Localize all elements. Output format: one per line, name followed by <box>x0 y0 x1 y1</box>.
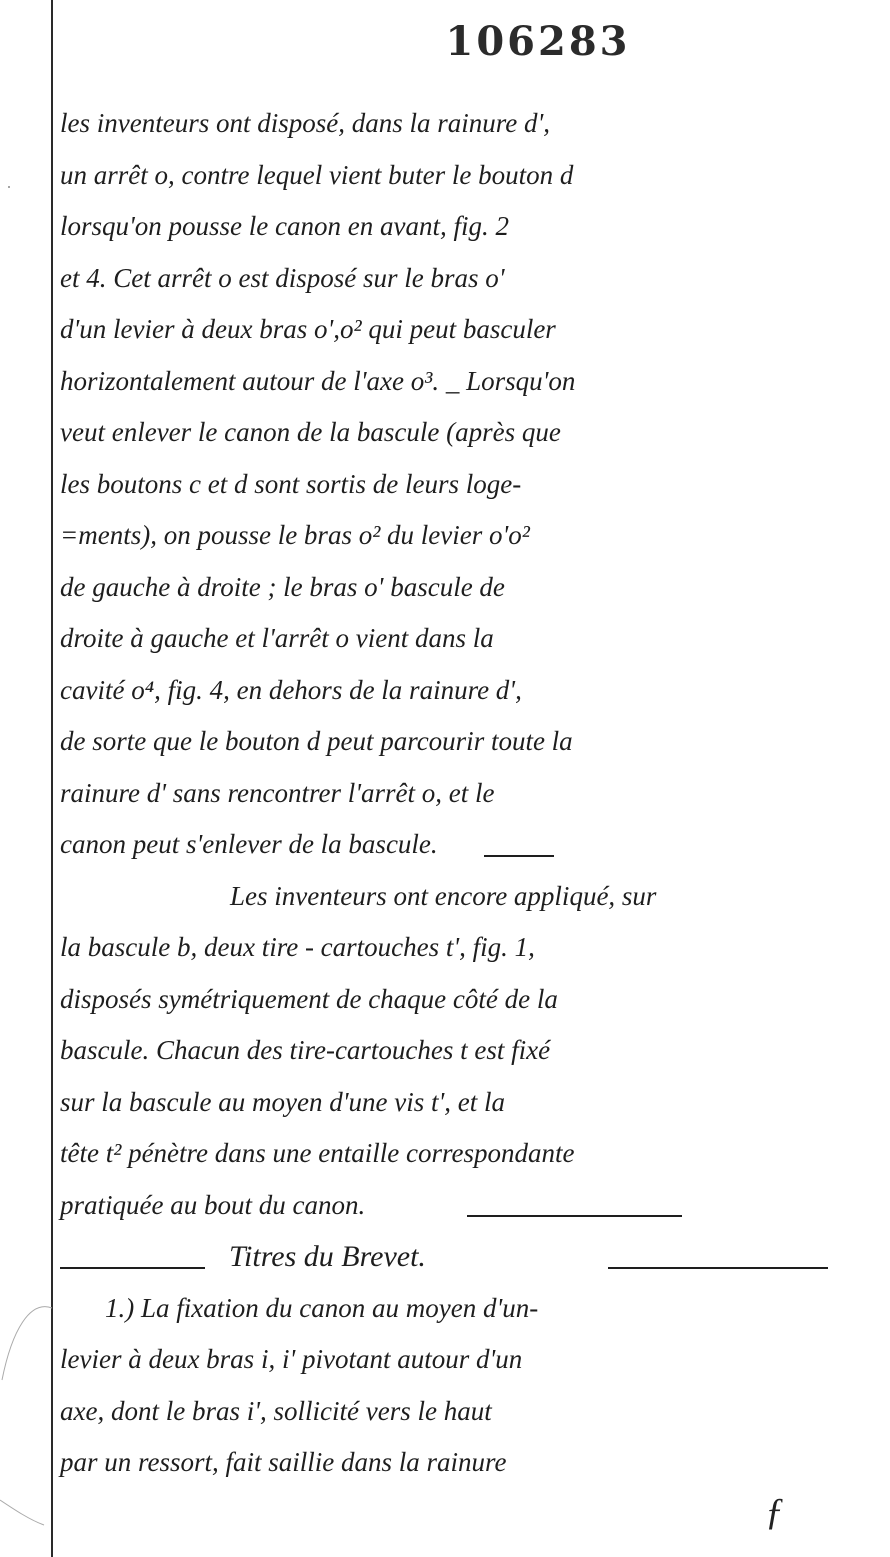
paper-speck <box>8 186 10 188</box>
manuscript-body: les inventeurs ont disposé, dans la rain… <box>60 98 850 1489</box>
initials-mark: ƒ <box>765 1490 784 1534</box>
claims-heading: Titres du Brevet. <box>229 1240 426 1274</box>
text-line: les boutons c et d sont sortis de leurs … <box>60 459 850 511</box>
text-line-content: Les inventeurs ont encore appliqué, sur <box>230 881 656 911</box>
claim-line: par un ressort, fait saillie dans la rai… <box>60 1437 850 1489</box>
text-line: disposés symétriquement de chaque côté d… <box>60 974 850 1026</box>
claim-line-content: 1.) La fixation du canon au moyen d'un- <box>105 1293 538 1323</box>
text-line: rainure d' sans rencontrer l'arrêt o, et… <box>60 768 850 820</box>
text-line: sur la bascule au moyen d'une vis t', et… <box>60 1077 850 1129</box>
text-line: de gauche à droite ; le bras o' bascule … <box>60 562 850 614</box>
text-line: canon peut s'enlever de la bascule. <box>60 829 438 859</box>
text-line: de sorte que le bouton d peut parcourir … <box>60 716 850 768</box>
text-line: un arrêt o, contre lequel vient buter le… <box>60 150 850 202</box>
text-line: la bascule b, deux tire - cartouches t',… <box>60 922 850 974</box>
text-line: bascule. Chacun des tire-cartouches t es… <box>60 1025 850 1077</box>
text-line: horizontalement autour de l'axe o³. _ Lo… <box>60 356 850 408</box>
text-line-with-rule: canon peut s'enlever de la bascule. <box>60 819 850 871</box>
text-line: tête t² pénètre dans une entaille corres… <box>60 1128 850 1180</box>
text-line: Les inventeurs ont encore appliqué, sur <box>60 871 850 923</box>
text-line: veut enlever le canon de la bascule (apr… <box>60 407 850 459</box>
end-of-paragraph-rule <box>467 1215 682 1217</box>
margin-pencil-mark <box>0 1270 60 1550</box>
claim-line: levier à deux bras i, i' pivotant autour… <box>60 1334 850 1386</box>
heading-rule-right <box>608 1267 828 1269</box>
text-line: cavité o⁴, fig. 4, en dehors de la rainu… <box>60 665 850 717</box>
text-line: et 4. Cet arrêt o est disposé sur le bra… <box>60 253 850 305</box>
text-line: d'un levier à deux bras o',o² qui peut b… <box>60 304 850 356</box>
text-line: pratiquée au bout du canon. <box>60 1190 365 1220</box>
text-line: droite à gauche et l'arrêt o vient dans … <box>60 613 850 665</box>
text-line: =ments), on pousse le bras o² du levier … <box>60 510 850 562</box>
claim-line: axe, dont le bras i', sollicité vers le … <box>60 1386 850 1438</box>
end-of-paragraph-rule <box>484 855 554 857</box>
text-line-with-rule: pratiquée au bout du canon. <box>60 1180 850 1232</box>
document-number: 106283 <box>0 18 890 65</box>
claim-line: 1.) La fixation du canon au moyen d'un- <box>60 1283 850 1335</box>
text-line: les inventeurs ont disposé, dans la rain… <box>60 98 850 150</box>
text-line: lorsqu'on pousse le canon en avant, fig.… <box>60 201 850 253</box>
claims-heading-row: Titres du Brevet. <box>60 1231 850 1283</box>
heading-rule-left <box>60 1267 205 1269</box>
